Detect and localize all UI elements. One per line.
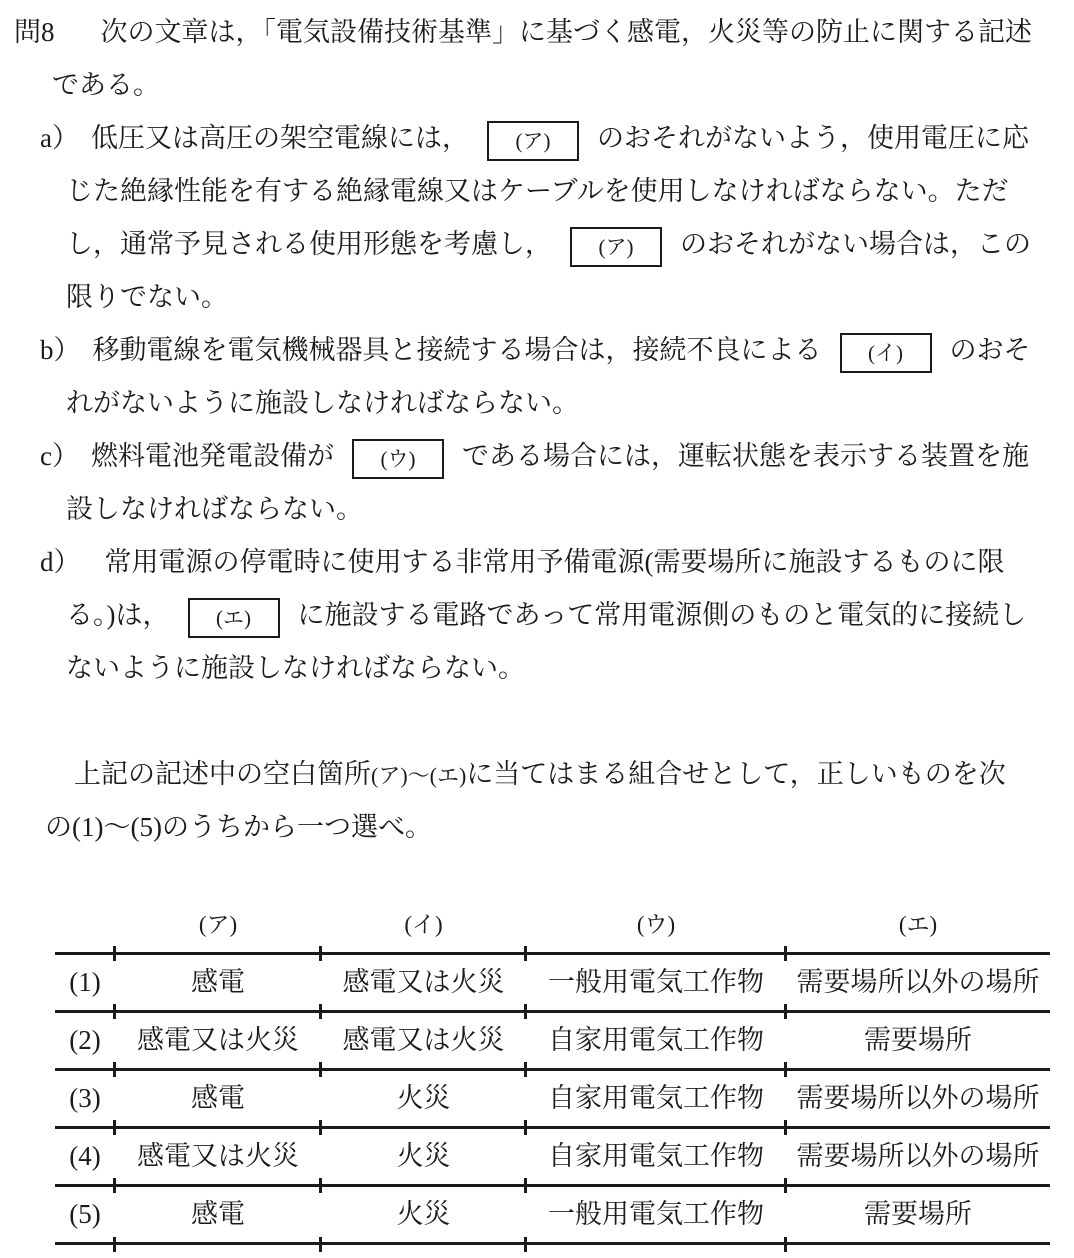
table-cell: 一般用電気工作物 xyxy=(526,1186,786,1244)
item-b-label: b） xyxy=(40,335,81,365)
item-a-line-4: 限りでない。 xyxy=(0,271,1074,324)
option-number: (2) xyxy=(55,1012,115,1070)
table-cell: 感電 xyxy=(115,954,321,1012)
table-cell: 火災 xyxy=(321,1186,526,1244)
blank-box-c-1: (ウ) xyxy=(352,439,444,479)
header-blank-a: (ア) xyxy=(115,897,321,954)
table-cell: 一般用電気工作物 xyxy=(526,954,786,1012)
option-number: (5) xyxy=(55,1186,115,1244)
table-row-option-2: (2) 感電又は火災 感電又は火災 自家用電気工作物 需要場所 xyxy=(55,1012,1050,1070)
item-d-text-3: に施設する電路であって常用電源側のものと電気的に接続し xyxy=(298,600,1027,630)
table-row-option-1: (1) 感電 感電又は火災 一般用電気工作物 需要場所以外の場所 xyxy=(55,954,1050,1012)
table-cell: 自家用電気工作物 xyxy=(526,1128,786,1186)
table-cell: 感電又は火災 xyxy=(115,1012,321,1070)
item-c-label: c） xyxy=(40,441,79,471)
item-b-line-2: れがないように施設しなければならない。 xyxy=(0,377,1074,430)
header-blank-i: (イ) xyxy=(321,897,526,954)
intro-line-2: である。 xyxy=(0,59,1074,112)
item-b-text-2: のおそ xyxy=(950,335,1031,365)
table-cell: 感電 xyxy=(115,1070,321,1128)
intro-line-1: 問8次の文章は，「電気設備技術基準」に基づく感電，火災等の防止に関する記述 xyxy=(0,6,1074,59)
blank-box-b-1: (イ) xyxy=(840,333,932,373)
closing-text-2: に当てはまる組合せとして，正しいものを次 xyxy=(466,759,1005,789)
table-cell: 自家用電気工作物 xyxy=(526,1012,786,1070)
item-c-line-2: 設しなければならない。 xyxy=(0,483,1074,536)
exam-question-page: 問8次の文章は，「電気設備技術基準」に基づく感電，火災等の防止に関する記述 であ… xyxy=(0,0,1074,1258)
option-number: (4) xyxy=(55,1128,115,1186)
blank-box-a-1: (ア) xyxy=(487,121,579,161)
answer-options-table: (ア) (イ) (ウ) (エ) (1) 感電 感電又は火災 一般用電気工作物 需… xyxy=(55,897,1050,1245)
blank-box-d-1: (エ) xyxy=(188,598,280,638)
closing-line-2: の(1)～(5)のうちから一つ選べ。 xyxy=(0,801,1074,854)
item-c-text-1: 燃料電池発電設備が xyxy=(91,441,334,471)
table-row-option-4: (4) 感電又は火災 火災 自家用電気工作物 需要場所以外の場所 xyxy=(55,1128,1050,1186)
item-a-text-3: し，通常予見される使用形態を考慮し， xyxy=(66,229,552,259)
table-cell: 火災 xyxy=(321,1070,526,1128)
option-number: (3) xyxy=(55,1070,115,1128)
item-a-text-2: のおそれがないよう，使用電圧に応 xyxy=(597,123,1029,153)
table-cell: 需要場所以外の場所 xyxy=(786,1070,1050,1128)
table-cell: 需要場所以外の場所 xyxy=(786,954,1050,1012)
item-d-text-2: る。)は， xyxy=(66,600,170,630)
header-blank-u: (ウ) xyxy=(526,897,786,954)
closing-text-1: 上記の記述中の空白箇所 xyxy=(74,759,371,789)
header-blank-e: (エ) xyxy=(786,897,1050,954)
table-cell: 火災 xyxy=(321,1128,526,1186)
table-cell: 感電又は火災 xyxy=(321,1012,526,1070)
item-d-line-2: る。)は，(エ)に施設する電路であって常用電源側のものと電気的に接続し xyxy=(0,589,1074,642)
table-cell: 需要場所 xyxy=(786,1012,1050,1070)
option-number: (1) xyxy=(55,954,115,1012)
table-row-option-5: (5) 感電 火災 一般用電気工作物 需要場所 xyxy=(55,1186,1050,1244)
item-a-line-2: じた絶縁性能を有する絶縁電線又はケーブルを使用しなければならない。ただ xyxy=(0,165,1074,218)
item-c-text-2: である場合には，運転状態を表示する装置を施 xyxy=(462,441,1029,471)
table-cell: 需要場所 xyxy=(786,1186,1050,1244)
item-a-line-1: a）低圧又は高圧の架空電線には，(ア)のおそれがないよう，使用電圧に応 xyxy=(0,112,1074,165)
table-cell: 感電又は火災 xyxy=(115,1128,321,1186)
closing-line-1: 上記の記述中の空白箇所(ア)～(エ)に当てはまる組合せとして，正しいものを次 xyxy=(0,748,1074,801)
blank-box-a-2: (ア) xyxy=(570,227,662,267)
question-number: 問8 xyxy=(14,17,55,47)
table-cell: 感電又は火災 xyxy=(321,954,526,1012)
item-c-line-1: c）燃料電池発電設備が(ウ)である場合には，運転状態を表示する装置を施 xyxy=(0,430,1074,483)
table-cell: 需要場所以外の場所 xyxy=(786,1128,1050,1186)
item-d-text-1: 常用電源の停電時に使用する非常用予備電源(需要場所に施設するものに限 xyxy=(105,547,1005,577)
header-empty-cell xyxy=(55,897,115,954)
table-cell: 感電 xyxy=(115,1186,321,1244)
table-row-option-3: (3) 感電 火災 自家用電気工作物 需要場所以外の場所 xyxy=(55,1070,1050,1128)
table-cell: 自家用電気工作物 xyxy=(526,1070,786,1128)
item-b-line-1: b）移動電線を電気機械器具と接続する場合は，接続不良による(イ)のおそ xyxy=(0,324,1074,377)
blank-gap xyxy=(0,695,1074,748)
item-a-label: a） xyxy=(40,123,79,153)
item-d-line-1: d）常用電源の停電時に使用する非常用予備電源(需要場所に施設するものに限 xyxy=(0,536,1074,589)
item-b-text-1: 移動電線を電気機械器具と接続する場合は，接続不良による xyxy=(93,335,822,365)
table-header-row: (ア) (イ) (ウ) (エ) xyxy=(55,897,1050,954)
closing-blank-range: (ア)～(エ) xyxy=(371,763,466,788)
item-d-label: d） xyxy=(40,547,81,577)
item-d-line-3: ないように施設しなければならない。 xyxy=(0,642,1074,695)
intro-text-1: 次の文章は，「電気設備技術基準」に基づく感電，火災等の防止に関する記述 xyxy=(101,17,1033,47)
item-a-text-4: のおそれがない場合は，この xyxy=(680,229,1031,259)
item-a-text-1: 低圧又は高圧の架空電線には， xyxy=(91,123,469,153)
item-a-line-3: し，通常予見される使用形態を考慮し，(ア)のおそれがない場合は，この xyxy=(0,218,1074,271)
